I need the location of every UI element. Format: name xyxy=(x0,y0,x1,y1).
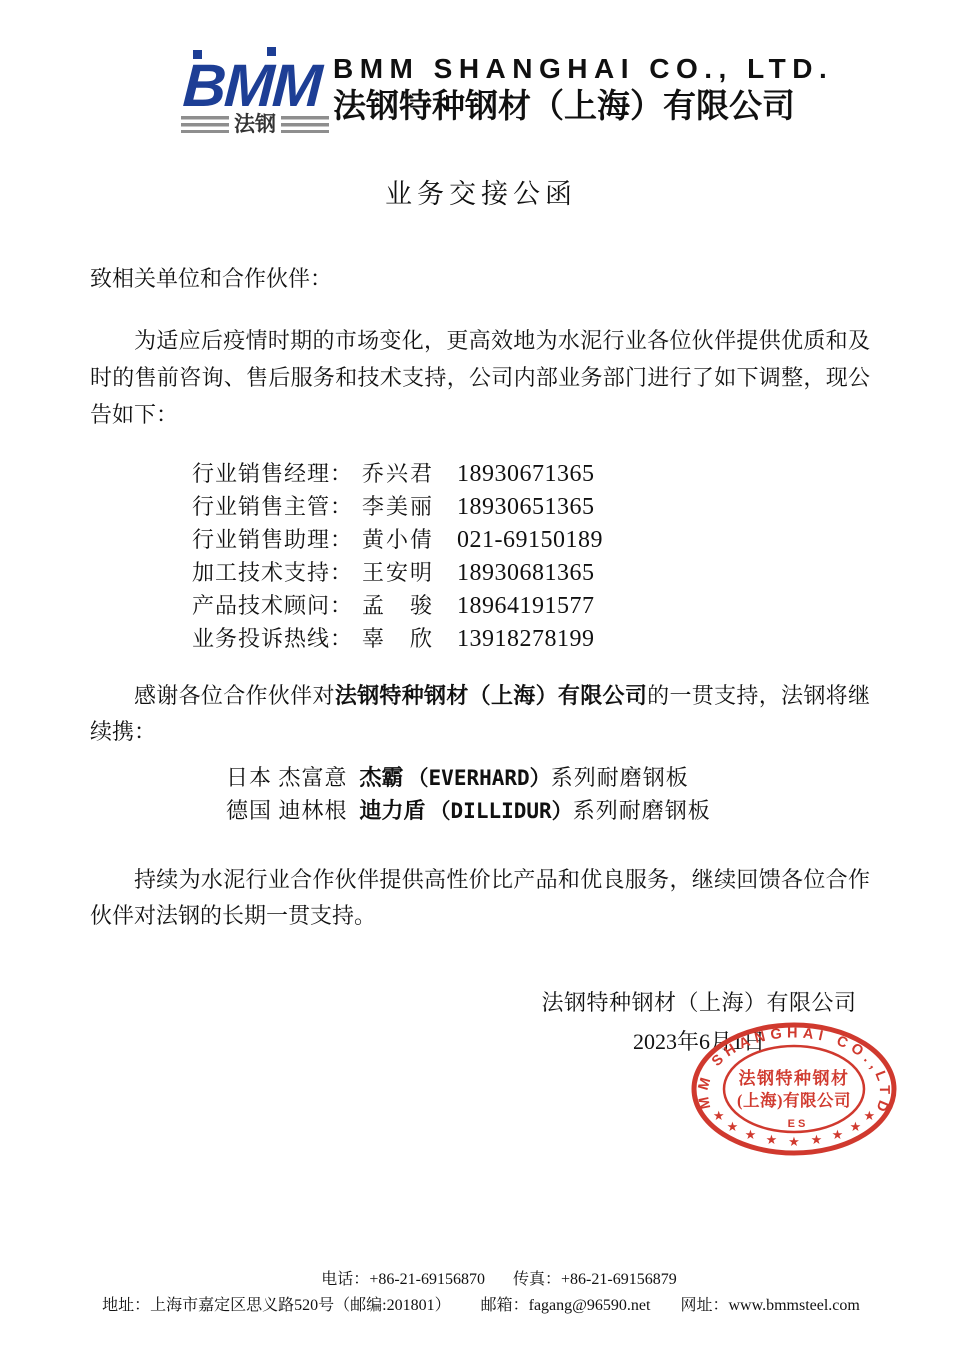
product-brand: 迪力盾 xyxy=(360,798,426,823)
contact-list: 行业销售经理： 乔兴君 18930671365 行业销售主管： 李美丽 1893… xyxy=(192,457,603,655)
company-name-bold: 法钢特种钢材（上海）有限公司 xyxy=(335,683,647,708)
letter-page: BMM 法钢 BMM SHANGHAI CO., LTD. 法钢特种钢材（上海）… xyxy=(0,0,962,1360)
stamp-star-icon: ★ xyxy=(727,1119,739,1134)
contact-phone: 13918278199 xyxy=(457,626,595,653)
footer-fax-value: +86-21-69156879 xyxy=(561,1271,677,1288)
contact-name: 黄小倩 xyxy=(362,523,457,554)
contact-row: 加工技术支持： 王安明 18930681365 xyxy=(192,556,603,589)
product-code: （EVERHARD） xyxy=(408,766,551,790)
company-stamp: BMM SHANGHAI CO.,LTD. 法钢特种钢材 (上海)有限公司 ES… xyxy=(686,1018,902,1160)
signature-company: 法钢特种钢材（上海）有限公司 xyxy=(538,986,860,1017)
contact-name: 辜 欣 xyxy=(362,622,457,653)
company-name-cn: 法钢特种钢材（上海）有限公司 xyxy=(333,87,833,125)
stamp-star-icon: ★ xyxy=(788,1134,800,1149)
stamp-es-text: ES xyxy=(788,1118,809,1130)
stamp-star-icon: ★ xyxy=(766,1132,778,1147)
footer-line-2: 地址：上海市嘉定区思义路520号（邮编:201801）邮箱：fagang@965… xyxy=(0,1292,962,1315)
stamp-seal-icon: BMM SHANGHAI CO.,LTD. 法钢特种钢材 (上海)有限公司 ES… xyxy=(686,1018,902,1160)
contact-row: 业务投诉热线： 辜 欣 13918278199 xyxy=(192,622,603,655)
footer-web-value: www.bmmsteel.com xyxy=(728,1297,859,1314)
contact-row: 产品技术顾问： 孟 骏 18964191577 xyxy=(192,589,603,622)
company-logo: BMM 法钢 xyxy=(181,46,329,135)
contact-role: 业务投诉热线： xyxy=(192,622,362,653)
stamp-star-icon: ★ xyxy=(713,1108,725,1123)
product-origin: 德国 迪林根 xyxy=(226,798,348,823)
contact-role: 加工技术支持： xyxy=(192,556,362,587)
product-suffix: 系列耐磨钢板 xyxy=(573,798,711,823)
closing-paragraph: 持续为水泥行业合作伙伴提供高性价比产品和优良服务，继续回馈各位合作伙伴对法钢的长… xyxy=(90,862,870,934)
salutation: 致相关单位和合作伙伴： xyxy=(90,260,870,297)
footer-tel-value: +86-21-69156870 xyxy=(369,1271,485,1288)
footer-fax-label: 传真： xyxy=(513,1271,561,1288)
contact-phone: 18930651365 xyxy=(457,494,595,521)
contact-phone: 18930671365 xyxy=(457,461,595,488)
thanks-paragraph: 感谢各位合作伙伴对法钢特种钢材（上海）有限公司的一贯支持，法钢将继续携： xyxy=(90,678,870,750)
product-brand: 杰霸 xyxy=(360,765,404,790)
footer-line-1: 电话：+86-21-69156870传真：+86-21-69156879 xyxy=(18,1266,962,1289)
intro-paragraph: 为适应后疫情时期的市场变化，更高效地为水泥行业各位伙伴提供优质和及时的售前咨询、… xyxy=(90,322,870,433)
footer-tel-label: 电话： xyxy=(321,1271,369,1288)
product-code: （DILLIDUR） xyxy=(430,799,573,823)
letterhead: BMM SHANGHAI CO., LTD. 法钢特种钢材（上海）有限公司 xyxy=(333,54,833,125)
contact-name: 孟 骏 xyxy=(362,589,457,620)
footer-addr-value: 上海市嘉定区思义路520号（邮编:201801） xyxy=(150,1297,450,1314)
stamp-star-icon: ★ xyxy=(863,1108,875,1123)
stamp-star-icon: ★ xyxy=(850,1119,862,1134)
contact-phone: 18930681365 xyxy=(457,560,595,587)
contact-name: 李美丽 xyxy=(362,490,457,521)
product-row: 德国 迪林根迪力盾（DILLIDUR）系列耐磨钢板 xyxy=(226,794,711,827)
document-title: 业务交接公函 xyxy=(0,172,962,211)
product-list: 日本 杰富意杰霸（EVERHARD）系列耐磨钢板 德国 迪林根迪力盾（DILLI… xyxy=(226,761,711,827)
company-name-en: BMM SHANGHAI CO., LTD. xyxy=(333,54,833,84)
product-origin: 日本 杰富意 xyxy=(226,765,348,790)
contact-name: 乔兴君 xyxy=(362,457,457,488)
thanks-pre: 感谢各位合作伙伴对 xyxy=(134,683,335,708)
footer-email-label: 邮箱： xyxy=(481,1297,529,1314)
contact-row: 行业销售经理： 乔兴君 18930671365 xyxy=(192,457,603,490)
product-row: 日本 杰富意杰霸（EVERHARD）系列耐磨钢板 xyxy=(226,761,711,794)
stamp-star-icon: ★ xyxy=(745,1127,757,1142)
footer-email-value: fagang@96590.net xyxy=(529,1297,651,1314)
contact-role: 产品技术顾问： xyxy=(192,589,362,620)
logo-bmm-row: BMM xyxy=(181,46,329,110)
footer-web-label: 网址： xyxy=(680,1297,728,1314)
footer-addr-label: 地址： xyxy=(102,1297,150,1314)
stamp-star-icon: ★ xyxy=(832,1127,844,1142)
contact-role: 行业销售经理： xyxy=(192,457,362,488)
contact-row: 行业销售主管： 李美丽 18930651365 xyxy=(192,490,603,523)
contact-name: 王安明 xyxy=(362,556,457,587)
stamp-star-icon: ★ xyxy=(811,1132,823,1147)
stamp-company-line2: (上海)有限公司 xyxy=(737,1090,851,1110)
contact-role: 行业销售主管： xyxy=(192,490,362,521)
contact-role: 行业销售助理： xyxy=(192,523,362,554)
contact-row: 行业销售助理： 黄小倩 021-69150189 xyxy=(192,523,603,556)
contact-phone: 18964191577 xyxy=(457,593,595,620)
stamp-company-line1: 法钢特种钢材 xyxy=(739,1068,850,1088)
logo-bmm-text: BMM xyxy=(181,56,321,116)
contact-phone: 021-69150189 xyxy=(457,527,603,554)
product-suffix: 系列耐磨钢板 xyxy=(551,765,689,790)
